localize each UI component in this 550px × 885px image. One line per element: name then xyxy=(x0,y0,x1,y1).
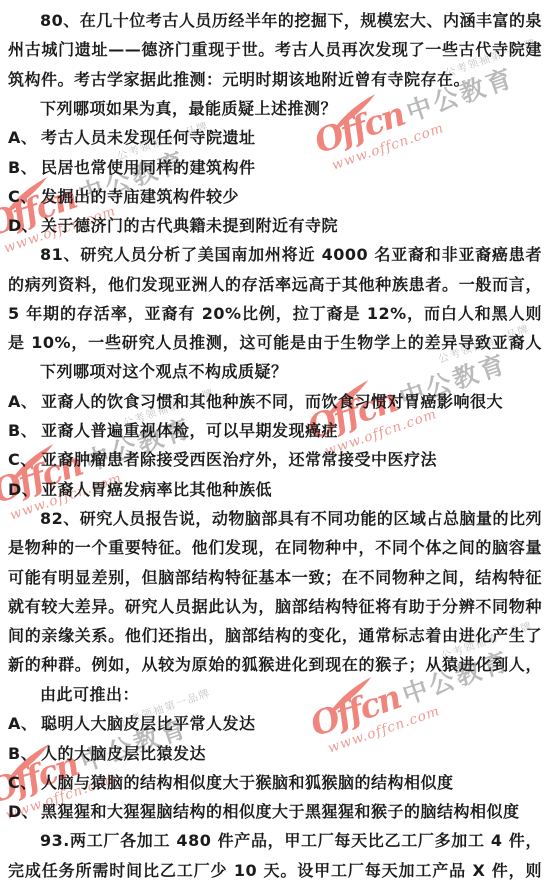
option-text: 亚裔肿瘤患者除接受西医治疗外，还常常接受中医疗法 xyxy=(41,445,542,474)
option-text: 考古人员未发现任何寺院遗址 xyxy=(41,123,542,152)
question-81-option-c: C、 亚裔肿瘤患者除接受西医治疗外，还常常接受中医疗法 xyxy=(8,445,542,474)
option-text: 关于德济门的古代典籍未提到附近有寺院 xyxy=(41,211,542,240)
question-81-option-d: D、 亚裔人胃癌发病率比其他种族低 xyxy=(8,475,542,504)
question-80: 80、在几十位考古人员历经半年的挖掘下，规模宏大、内涵丰富的泉州古城门遗址——德… xyxy=(8,6,542,240)
option-text: 亚裔人普遍重视体检，可以早期发现癌症 xyxy=(41,416,542,445)
option-text: 亚裔人胃癌发病率比其他种族低 xyxy=(41,475,542,504)
question-82: 82、研究人员报告说，动物脑部具有不同功能的区域占总脑量的比列是物种的一个重要特… xyxy=(8,504,542,826)
question-82-option-d: D、 黑猩猩和大猩猩脑结构的相似度大于黑猩猩和猴子的脑结构相似度 xyxy=(8,797,542,826)
option-text: 人的大脑皮层比猿发达 xyxy=(41,739,542,768)
option-text: 民居也常使用同样的建筑构件 xyxy=(41,153,542,182)
exam-document-page: 公考领袖第一品牌 Offcn 中公教育 www.offcn.com 公考领袖第一… xyxy=(0,0,550,885)
question-93: 93.两工厂各加工 480 件产品，甲工厂每天比乙工厂多加工 4 件，完成任务所… xyxy=(8,826,542,885)
option-label: C、 xyxy=(8,768,41,797)
question-81-option-a: A、 亚裔人的饮食习惯和其他种族不同，而饮食习惯对胃癌影响很大 xyxy=(8,387,542,416)
option-label: A、 xyxy=(8,709,41,738)
question-81-body: 81、研究人员分析了美国南加州将近 4000 名亚裔和非亚裔癌患者的病列资料，他… xyxy=(8,240,542,357)
question-82-option-c: C、 人脑与猿脑的结构相似度大于猴脑和狐猴脑的结构相似度 xyxy=(8,768,542,797)
option-label: C、 xyxy=(8,445,41,474)
question-80-body: 80、在几十位考古人员历经半年的挖掘下，规模宏大、内涵丰富的泉州古城门遗址——德… xyxy=(8,6,542,94)
option-text: 黑猩猩和大猩猩脑结构的相似度大于黑猩猩和猴子的脑结构相似度 xyxy=(41,797,542,826)
question-81-option-b: B、 亚裔人普遍重视体检，可以早期发现癌症 xyxy=(8,416,542,445)
question-93-body: 93.两工厂各加工 480 件产品，甲工厂每天比乙工厂多加工 4 件，完成任务所… xyxy=(8,826,542,885)
option-label: D、 xyxy=(8,211,41,240)
option-label: B、 xyxy=(8,153,41,182)
option-label: C、 xyxy=(8,182,41,211)
option-text: 人脑与猿脑的结构相似度大于猴脑和狐猴脑的结构相似度 xyxy=(41,768,542,797)
question-82-option-a: A、 聪明人大脑皮层比平常人发达 xyxy=(8,709,542,738)
question-82-option-b: B、 人的大脑皮层比猿发达 xyxy=(8,739,542,768)
question-82-body: 82、研究人员报告说，动物脑部具有不同功能的区域占总脑量的比列是物种的一个重要特… xyxy=(8,504,542,680)
option-text: 发掘出的寺庙建筑构件较少 xyxy=(41,182,542,211)
option-label: A、 xyxy=(8,387,41,416)
option-text: 聪明人大脑皮层比平常人发达 xyxy=(41,709,542,738)
question-81: 81、研究人员分析了美国南加州将近 4000 名亚裔和非亚裔癌患者的病列资料，他… xyxy=(8,240,542,503)
option-label: B、 xyxy=(8,416,41,445)
document-content: 80、在几十位考古人员历经半年的挖掘下，规模宏大、内涵丰富的泉州古城门遗址——德… xyxy=(8,6,542,885)
option-label: A、 xyxy=(8,123,41,152)
question-80-option-a: A、 考古人员未发现任何寺院遗址 xyxy=(8,123,542,152)
question-80-option-d: D、 关于德济门的古代典籍未提到附近有寺院 xyxy=(8,211,542,240)
question-81-prompt: 下列哪项对这个观点不构成质疑？ xyxy=(8,357,542,386)
question-80-option-b: B、 民居也常使用同样的建筑构件 xyxy=(8,153,542,182)
option-text: 亚裔人的饮食习惯和其他种族不同，而饮食习惯对胃癌影响很大 xyxy=(41,387,542,416)
option-label: D、 xyxy=(8,797,41,826)
question-80-prompt: 下列哪项如果为真，最能质疑上述推测？ xyxy=(8,94,542,123)
option-label: D、 xyxy=(8,475,41,504)
question-80-option-c: C、 发掘出的寺庙建筑构件较少 xyxy=(8,182,542,211)
option-label: B、 xyxy=(8,739,41,768)
question-82-prompt: 由此可推出： xyxy=(8,680,542,709)
